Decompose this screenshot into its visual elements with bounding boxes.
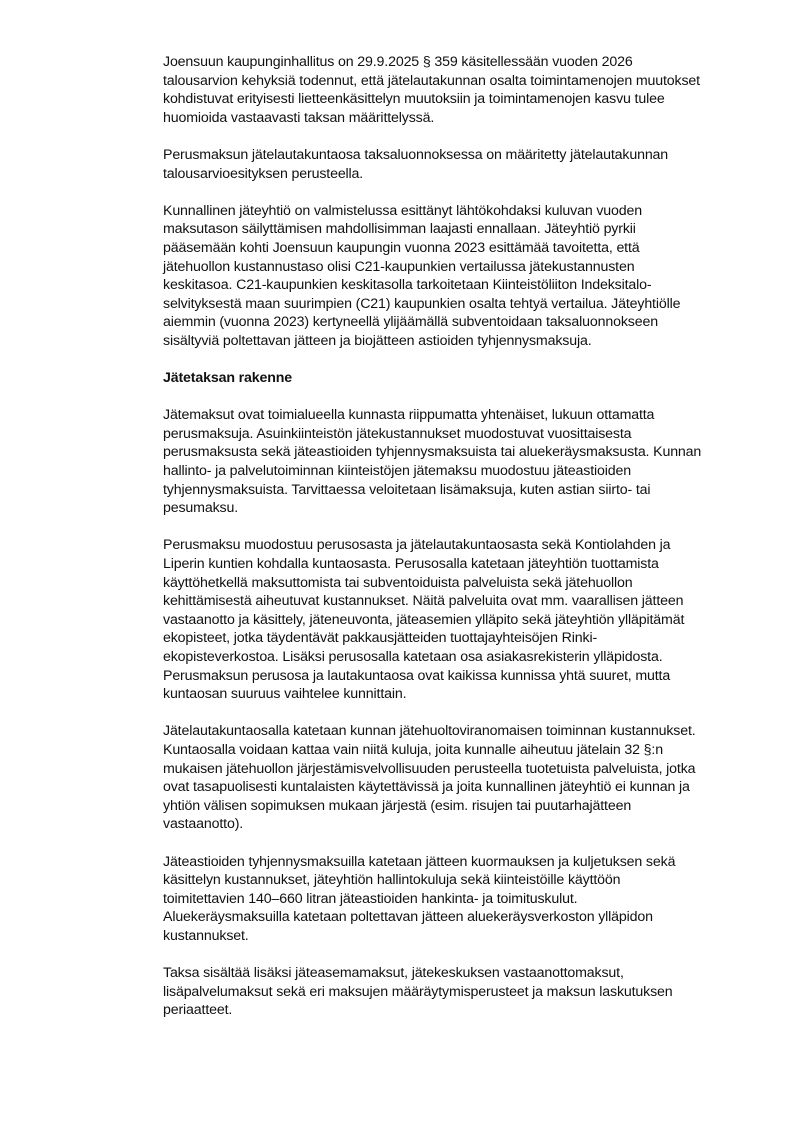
document-page: Joensuun kaupunginhallitus on 29.9.2025 … (163, 53, 743, 1038)
text-line: yhtiön välisen sopimuksen mukaan järjest… (163, 797, 743, 816)
text-line: kohdistuvat erityisesti lietteenkäsittel… (163, 90, 743, 109)
text-line: perusmaksuja. Asuinkiinteistön jätekusta… (163, 425, 743, 444)
paragraph: Perusmaksu muodostuu perusosasta ja jäte… (163, 536, 743, 703)
text-line: kustannukset. (163, 927, 743, 946)
text-line: Aluekeräysmaksuilla katetaan poltettavan… (163, 908, 743, 927)
text-line: ovat tasapuolisesti kuntalaisten käytett… (163, 778, 743, 797)
text-line: aiemmin (vuonna 2023) kertyneellä ylijää… (163, 313, 743, 332)
text-line: Kuntaosalla voidaan kattaa vain niitä ku… (163, 741, 743, 760)
text-line: periaatteet. (163, 1001, 743, 1020)
text-line: lisäpalvelumaksut sekä eri maksujen määr… (163, 983, 743, 1002)
text-line: mukaisen jätehuollon järjestämisvelvolli… (163, 760, 743, 779)
text-line: selvityksestä maan suurimpien (C21) kaup… (163, 295, 743, 314)
paragraph: Jätelautakuntaosalla katetaan kunnan jät… (163, 722, 743, 834)
text-line: Jätelautakuntaosalla katetaan kunnan jät… (163, 722, 743, 741)
text-line: tyhjennysmaksuista. Tarvittaessa veloite… (163, 481, 743, 500)
text-line: Taksa sisältää lisäksi jäteasemamaksut, … (163, 964, 743, 983)
text-line: vastaanotto ja käsittely, jäteneuvonta, … (163, 611, 743, 630)
text-line: perusmaksusta sekä jäteastioiden tyhjenn… (163, 443, 743, 462)
paragraph: Jäteastioiden tyhjennysmaksuilla katetaa… (163, 853, 743, 946)
text-line: keskitasoa. C21-kaupunkien keskitasolla … (163, 276, 743, 295)
paragraph: Joensuun kaupunginhallitus on 29.9.2025 … (163, 53, 743, 127)
text-line: talousarvion kehyksiä todennut, että jät… (163, 72, 743, 91)
text-line: kehittämisestä aiheutuvat kustannukset. … (163, 592, 743, 611)
text-line: Jäteastioiden tyhjennysmaksuilla katetaa… (163, 853, 743, 872)
text-line: käyttöhetkellä maksuttomista tai subvent… (163, 574, 743, 593)
paragraph: Jätemaksut ovat toimialueella kunnasta r… (163, 406, 743, 518)
text-line: huomioida vastaavasti taksan määrittelys… (163, 109, 743, 128)
text-line: Kunnallinen jäteyhtiö on valmistelussa e… (163, 202, 743, 221)
text-line: pesumaksu. (163, 499, 743, 518)
paragraph: Kunnallinen jäteyhtiö on valmistelussa e… (163, 202, 743, 351)
text-line: pääsemään kohti Joensuun kaupungin vuonn… (163, 239, 743, 258)
text-line: talousarvioesityksen perusteella. (163, 165, 743, 184)
text-line: sisältyviä poltettavan jätteen ja biojät… (163, 332, 743, 351)
text-line: Perusmaksu muodostuu perusosasta ja jäte… (163, 536, 743, 555)
paragraph: Taksa sisältää lisäksi jäteasemamaksut, … (163, 964, 743, 1020)
text-line: kuntaosan suuruus vaihtelee kunnittain. (163, 685, 743, 704)
text-line: Jätemaksut ovat toimialueella kunnasta r… (163, 406, 743, 425)
text-line: käsittelyn kustannukset, jäteyhtiön hall… (163, 871, 743, 890)
text-line: Liperin kuntien kohdalla kuntaosasta. Pe… (163, 555, 743, 574)
paragraph: Perusmaksun jätelautakuntaosa taksaluonn… (163, 146, 743, 183)
text-line: Perusmaksun jätelautakuntaosa taksaluonn… (163, 146, 743, 165)
text-line: ekopisteet, jotka täydentävät pakkausjät… (163, 629, 743, 648)
section-heading: Jätetaksan rakenne (163, 369, 743, 388)
text-line: jätehuollon kustannustaso olisi C21-kaup… (163, 258, 743, 277)
text-line: hallinto- ja palvelutoiminnan kiinteistö… (163, 462, 743, 481)
text-line: Joensuun kaupunginhallitus on 29.9.2025 … (163, 53, 743, 72)
text-line: ekopisteverkostoa. Lisäksi perusosalla k… (163, 648, 743, 667)
text-line: Perusmaksun perusosa ja lautakuntaosa ov… (163, 667, 743, 686)
text-line: vastaanotto). (163, 815, 743, 834)
text-line: maksutason säilyttämisen mahdollisimman … (163, 220, 743, 239)
text-line: toimitettavien 140–660 litran jäteastioi… (163, 890, 743, 909)
